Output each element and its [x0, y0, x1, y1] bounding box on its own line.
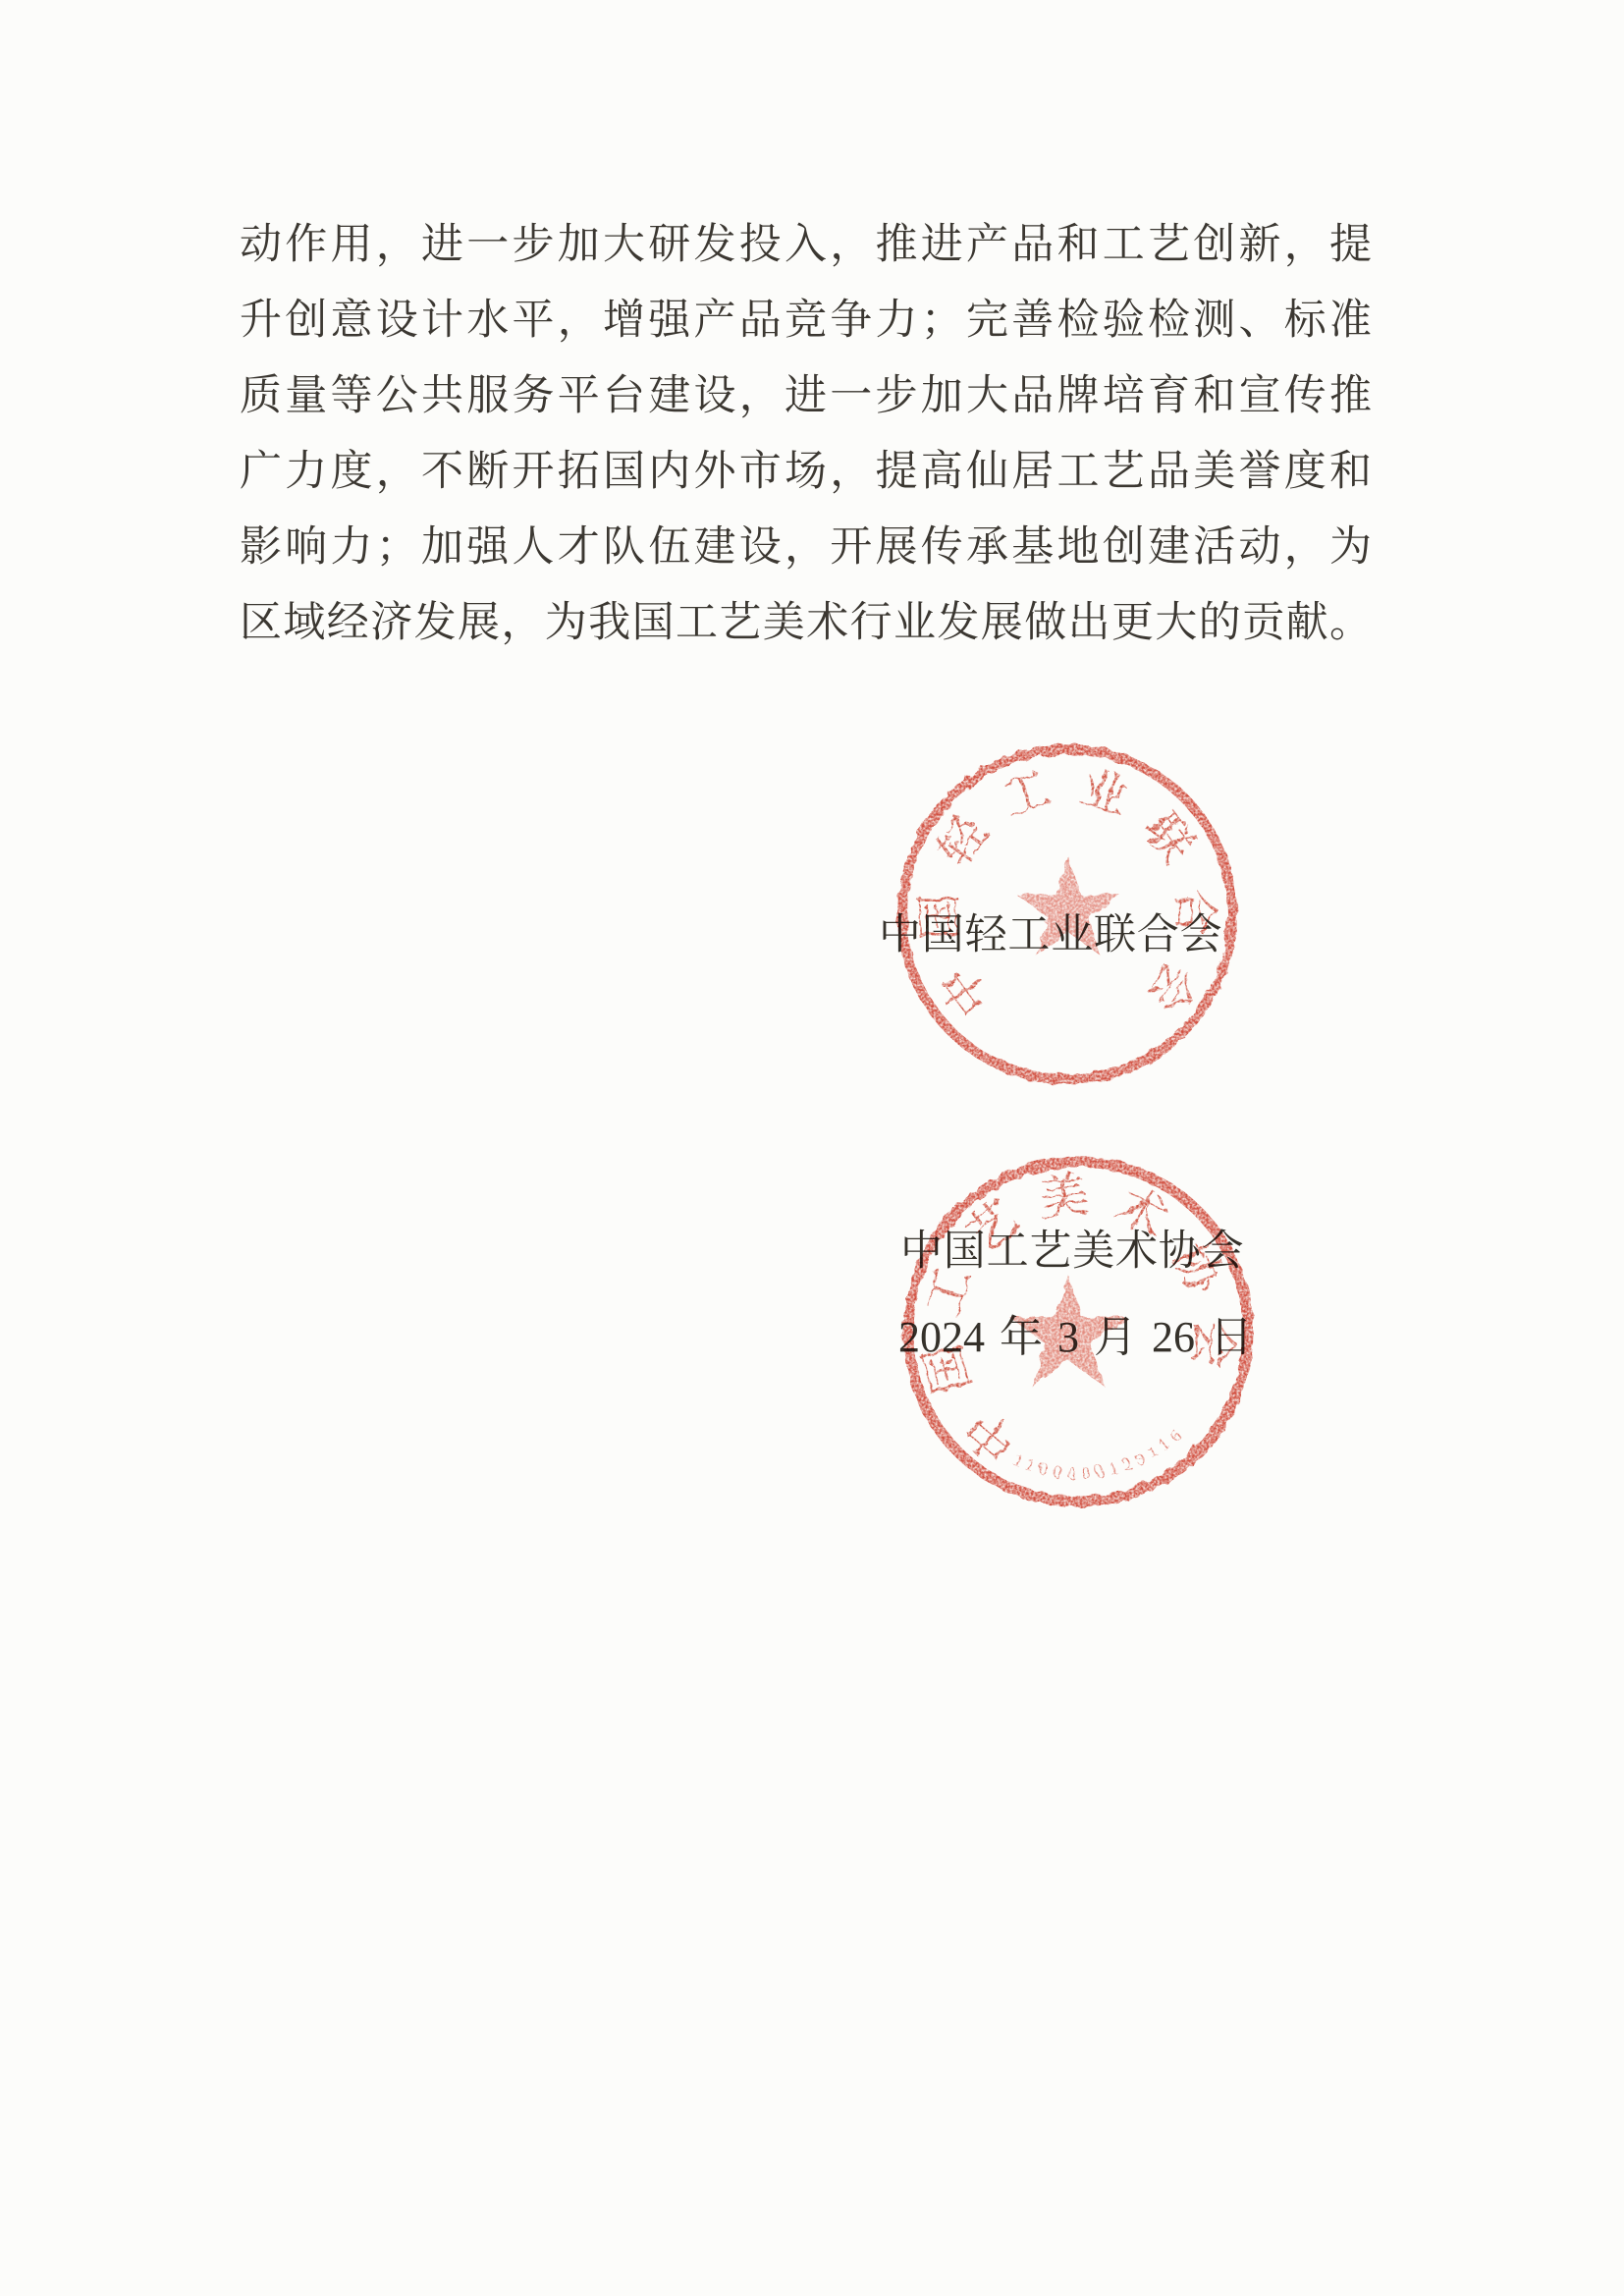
document-page: 动作用，进一步加大研发投入，推进产品和工艺创新，提 升创意设计水平，增强产品竞争…	[0, 0, 1624, 2296]
seal-ring-char: 工	[996, 762, 1057, 827]
paragraph-line: 影响力；加强人才队伍建设，开展传承基地创建活动，为	[240, 510, 1373, 585]
seal-ring-char: 业	[1074, 761, 1134, 825]
paragraph-line: 广力度，不断开拓国内外市场，提高仙居工艺品美誉度和	[240, 434, 1373, 510]
signature-date: 2024 年 3 月 26 日	[898, 1315, 1253, 1360]
seal-ring-char: 美	[1037, 1167, 1092, 1227]
paragraph-line: 动作用，进一步加大研发投入，推进产品和工艺创新，提	[240, 207, 1373, 283]
paragraph-line: 区域经济发展，为我国工艺美术行业发展做出更大的贡献。	[240, 585, 1373, 661]
body-paragraph: 动作用，进一步加大研发投入，推进产品和工艺创新，提 升创意设计水平，增强产品竞争…	[240, 207, 1373, 661]
paragraph-line: 升创意设计水平，增强产品竞争力；完善检验检测、标准	[240, 283, 1373, 358]
signature-org-arts-crafts: 中国工艺美术协会	[900, 1230, 1244, 1274]
signature-org-light-industry: 中国轻工业联合会	[879, 914, 1222, 957]
paragraph-line: 质量等公共服务平台建设，进一步加大品牌培育和宣传推	[240, 358, 1373, 434]
